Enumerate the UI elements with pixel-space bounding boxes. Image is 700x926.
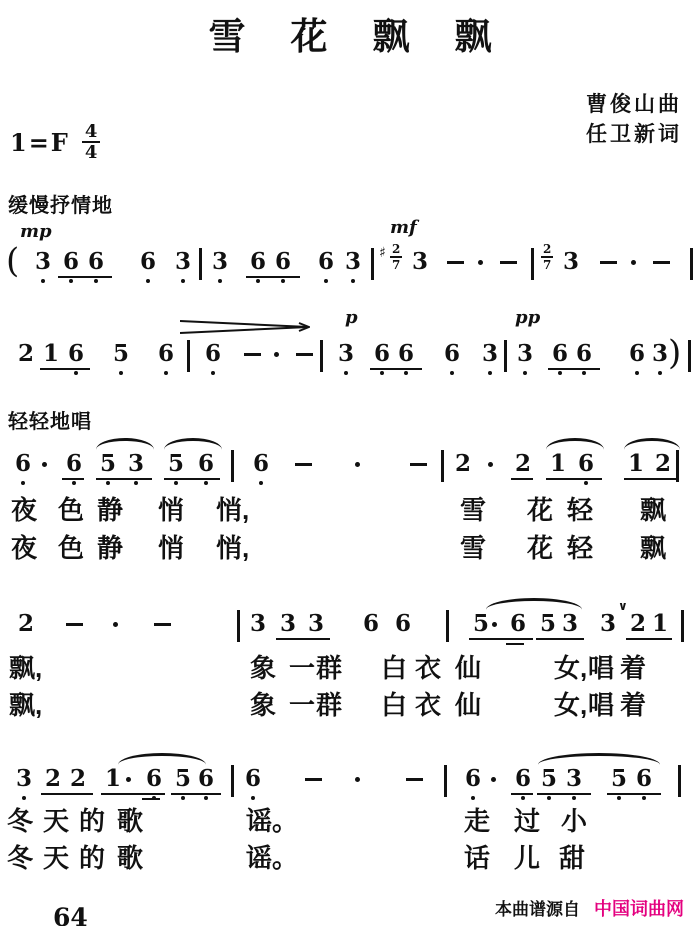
- source-watermark: 本曲谱源自中国词曲网: [495, 895, 684, 921]
- note: 5: [540, 612, 556, 635]
- note: 6: [398, 342, 414, 365]
- note: 5: [473, 612, 489, 635]
- slur-arc: [118, 753, 206, 767]
- low-octave-dot: [69, 279, 73, 283]
- barline: [504, 340, 507, 372]
- beam-line: [469, 638, 533, 640]
- note: 6: [15, 452, 31, 475]
- beam-line: [41, 793, 93, 795]
- note: 6: [395, 612, 411, 635]
- lyric-verse-2: 谣。: [246, 845, 298, 871]
- lyric-verse-2: 衣: [415, 692, 441, 718]
- note: 6: [205, 342, 221, 365]
- barline: [371, 248, 374, 280]
- beam-line-2: [506, 643, 524, 645]
- duration-dash: [295, 463, 312, 466]
- low-octave-dot: [658, 371, 662, 375]
- augmentation-dot: [491, 777, 496, 782]
- note: 3: [250, 612, 266, 635]
- note: 6: [253, 452, 269, 475]
- lyric-verse-1: 色: [58, 497, 84, 523]
- source-site-name: 中国词曲网: [594, 899, 684, 919]
- key-scale: 1=F: [10, 128, 70, 157]
- sharp-icon: ♯: [379, 245, 386, 261]
- low-octave-dot: [523, 371, 527, 375]
- barline: [446, 610, 449, 642]
- note: 2: [45, 767, 61, 790]
- low-octave-dot: [642, 796, 646, 800]
- lyric-verse-1: 天: [43, 808, 69, 834]
- low-octave-dot: [380, 371, 384, 375]
- lyric-verse-1: 歌: [117, 808, 143, 834]
- sheet-music-page: 雪花飘飘 曹俊山曲 任卫新词 1=F 4 4 缓慢抒情地 轻轻地唱 (36663…: [0, 0, 700, 926]
- low-octave-dot: [450, 371, 454, 375]
- beam-line: [626, 638, 672, 640]
- lyric-verse-1: 群: [316, 655, 342, 681]
- lyric-verse-2: 的: [79, 845, 105, 871]
- lyric-verse-1: 女,: [554, 655, 587, 681]
- lyric-verse-1: 仙: [455, 655, 481, 681]
- barline: [531, 248, 534, 280]
- low-octave-dot: [351, 279, 355, 283]
- low-octave-dot: [181, 796, 185, 800]
- note: 6: [318, 250, 334, 273]
- lyric-verse-2: 悄,: [216, 535, 249, 561]
- lyricist-credit: 任卫新词: [586, 120, 682, 150]
- lyric-verse-1: 的: [79, 808, 105, 834]
- tempo-label: 缓慢抒情地: [8, 189, 113, 218]
- note: 3: [280, 612, 296, 635]
- lyric-verse-2: 雪: [460, 535, 486, 561]
- low-octave-dot: [572, 796, 576, 800]
- note: 6: [245, 767, 261, 790]
- dynamic-mark: p: [345, 309, 358, 327]
- note: 3: [16, 767, 32, 790]
- beam-line: [546, 478, 602, 480]
- barline: [676, 450, 679, 482]
- note: 6: [198, 452, 214, 475]
- duration-dash: [600, 261, 617, 264]
- note: 6: [250, 250, 266, 273]
- low-octave-dot: [134, 481, 138, 485]
- note: 6: [66, 452, 82, 475]
- augmentation-dot: [274, 352, 279, 357]
- note: 6: [510, 612, 526, 635]
- lyric-verse-2: 白: [381, 692, 407, 718]
- note: 5: [611, 767, 627, 790]
- lyric-verse-2: 天: [43, 845, 69, 871]
- key-signature: 1=F 4 4: [10, 122, 100, 162]
- beam-line: [96, 478, 152, 480]
- lyric-verse-1: 轻: [567, 497, 593, 523]
- sing-instruction-label: 轻轻地唱: [8, 405, 92, 434]
- decrescendo-hairpin-icon: [180, 320, 310, 339]
- song-title: 雪花飘飘: [0, 6, 700, 60]
- augmentation-dot: [631, 260, 636, 265]
- barline: [320, 340, 323, 372]
- low-octave-dot: [488, 371, 492, 375]
- beam-line: [548, 368, 600, 370]
- lyric-verse-2: 悄: [158, 535, 184, 561]
- composer-credit: 曹俊山曲: [586, 90, 682, 120]
- lyric-verse-1: 悄: [158, 497, 184, 523]
- low-octave-dot: [94, 279, 98, 283]
- barline: [237, 610, 240, 642]
- note: 5: [113, 342, 129, 365]
- lyric-verse-1: 飘,: [9, 655, 42, 681]
- augmentation-dot: [126, 777, 131, 782]
- low-octave-dot: [521, 796, 525, 800]
- barline: [444, 765, 447, 797]
- page-number: 64: [53, 903, 88, 926]
- barline: [688, 340, 691, 372]
- note: 2: [70, 767, 86, 790]
- low-octave-dot: [22, 796, 26, 800]
- duration-dash: [447, 261, 464, 264]
- lyric-verse-1: 着: [620, 655, 646, 681]
- meter-numerator: 4: [82, 122, 101, 143]
- low-octave-dot: [547, 796, 551, 800]
- note: 2: [630, 612, 646, 635]
- low-octave-dot: [324, 279, 328, 283]
- note: 6: [275, 250, 291, 273]
- dynamic-mark: mf: [390, 219, 417, 237]
- note: 6: [578, 452, 594, 475]
- low-octave-dot: [344, 371, 348, 375]
- low-octave-dot: [21, 481, 25, 485]
- lyric-verse-2: 飘: [640, 535, 666, 561]
- lyric-verse-2: 着: [620, 692, 646, 718]
- lyric-verse-1: 唱: [588, 655, 614, 681]
- barline: [199, 248, 202, 280]
- note: 6: [629, 342, 645, 365]
- lyric-verse-2: 象: [250, 692, 276, 718]
- lyric-verse-2: 甜: [559, 845, 585, 871]
- lyric-verse-1: 静: [97, 497, 123, 523]
- grace-note-upper: 2: [541, 243, 553, 258]
- beam-line: [101, 793, 165, 795]
- lyric-verse-2: 话: [464, 845, 490, 871]
- lyric-verse-2: 儿: [514, 845, 540, 871]
- beam-line: [624, 478, 678, 480]
- breath-mark-icon: ∨: [618, 599, 628, 613]
- low-octave-dot: [106, 481, 110, 485]
- beam-line: [370, 368, 422, 370]
- beam-line: [511, 793, 533, 795]
- duration-dash: [406, 778, 423, 781]
- dynamic-mark: mp: [20, 223, 52, 241]
- lyric-verse-2: 花: [527, 535, 553, 561]
- lyric-verse-2: 夜: [11, 535, 37, 561]
- low-octave-dot: [174, 481, 178, 485]
- note: 3: [517, 342, 533, 365]
- grace-notes: 27: [541, 243, 553, 273]
- low-octave-dot: [119, 371, 123, 375]
- note: 6: [363, 612, 379, 635]
- barline: [690, 248, 693, 280]
- barline: [231, 765, 234, 797]
- note: 3: [412, 250, 428, 273]
- note: 3: [345, 250, 361, 273]
- duration-dash: [410, 463, 427, 466]
- parenthesis: (: [6, 244, 19, 278]
- note: 1: [550, 452, 566, 475]
- duration-dash: [154, 623, 171, 626]
- lyric-verse-2: 飘,: [9, 692, 42, 718]
- lyric-verse-1: 走: [464, 808, 490, 834]
- low-octave-dot: [74, 371, 78, 375]
- note: 6: [146, 767, 162, 790]
- beam-line: [537, 793, 591, 795]
- note: 6: [88, 250, 104, 273]
- lyric-verse-2: 女,: [554, 692, 587, 718]
- beam-line: [511, 478, 533, 480]
- lyric-verse-2: 一: [289, 692, 315, 718]
- barline: [681, 610, 684, 642]
- note: 6: [576, 342, 592, 365]
- barline: [231, 450, 234, 482]
- note: 3: [175, 250, 191, 273]
- note: 5: [168, 452, 184, 475]
- lyric-verse-1: 花: [527, 497, 553, 523]
- duration-dash: [305, 778, 322, 781]
- note: 2: [655, 452, 671, 475]
- note: 1: [105, 767, 121, 790]
- note: 6: [374, 342, 390, 365]
- beam-line: [536, 638, 584, 640]
- note: 3: [566, 767, 582, 790]
- note: 5: [175, 767, 191, 790]
- lyric-verse-1: 象: [250, 655, 276, 681]
- credits: 曹俊山曲 任卫新词: [586, 90, 682, 150]
- low-octave-dot: [204, 481, 208, 485]
- note: 6: [140, 250, 156, 273]
- note: 6: [198, 767, 214, 790]
- low-octave-dot: [181, 279, 185, 283]
- lyric-verse-1: 谣。: [246, 808, 298, 834]
- note: 3: [338, 342, 354, 365]
- grace-note-lower: 7: [390, 258, 402, 273]
- low-octave-dot: [281, 279, 285, 283]
- low-octave-dot: [582, 371, 586, 375]
- duration-dash: [296, 353, 313, 356]
- lyric-verse-2: 轻: [567, 535, 593, 561]
- note: 5: [541, 767, 557, 790]
- lyric-verse-1: 一: [289, 655, 315, 681]
- augmentation-dot: [355, 462, 360, 467]
- note: 2: [455, 452, 471, 475]
- note: 6: [444, 342, 460, 365]
- low-octave-dot: [204, 796, 208, 800]
- low-octave-dot: [259, 481, 263, 485]
- barline: [187, 340, 190, 372]
- note: 2: [18, 612, 34, 635]
- note: 1: [43, 342, 59, 365]
- lyric-verse-2: 唱: [588, 692, 614, 718]
- low-octave-dot: [41, 279, 45, 283]
- lyric-verse-1: 白: [381, 655, 407, 681]
- beam-line: [40, 368, 90, 370]
- low-octave-dot: [404, 371, 408, 375]
- low-octave-dot: [256, 279, 260, 283]
- low-octave-dot: [584, 481, 588, 485]
- duration-dash: [66, 623, 83, 626]
- note: 3: [563, 250, 579, 273]
- note: 3: [562, 612, 578, 635]
- parenthesis: ): [668, 336, 681, 370]
- beam-line: [58, 276, 112, 278]
- beam-line: [246, 276, 300, 278]
- grace-note-lower: 7: [541, 258, 553, 273]
- beam-line: [171, 793, 221, 795]
- note: 5: [100, 452, 116, 475]
- low-octave-dot: [146, 279, 150, 283]
- duration-dash: [653, 261, 670, 264]
- augmentation-dot: [478, 260, 483, 265]
- augmentation-dot: [355, 777, 360, 782]
- note: 6: [552, 342, 568, 365]
- note: 3: [308, 612, 324, 635]
- note: 3: [35, 250, 51, 273]
- note: 6: [158, 342, 174, 365]
- barline: [441, 450, 444, 482]
- note: 3: [482, 342, 498, 365]
- augmentation-dot: [488, 462, 493, 467]
- note: 1: [628, 452, 644, 475]
- low-octave-dot: [251, 796, 255, 800]
- lyric-verse-2: 群: [316, 692, 342, 718]
- augmentation-dot: [42, 462, 47, 467]
- meter-denominator: 4: [82, 143, 101, 162]
- note: 3: [600, 612, 616, 635]
- lyric-verse-2: 静: [97, 535, 123, 561]
- augmentation-dot: [492, 622, 497, 627]
- duration-dash: [500, 261, 517, 264]
- note: 6: [63, 250, 79, 273]
- beam-line: [607, 793, 661, 795]
- note: 6: [636, 767, 652, 790]
- note: 1: [652, 612, 668, 635]
- beam-line: [62, 478, 84, 480]
- low-octave-dot: [558, 371, 562, 375]
- lyric-verse-1: 夜: [11, 497, 37, 523]
- note: 3: [128, 452, 144, 475]
- lyric-verse-2: 色: [58, 535, 84, 561]
- low-octave-dot: [635, 371, 639, 375]
- lyric-verse-2: 冬: [7, 845, 33, 871]
- lyric-verse-1: 冬: [7, 808, 33, 834]
- barline: [678, 765, 681, 797]
- grace-notes: 27: [390, 243, 402, 273]
- low-octave-dot: [617, 796, 621, 800]
- low-octave-dot: [471, 796, 475, 800]
- lyric-verse-1: 衣: [415, 655, 441, 681]
- note: 6: [515, 767, 531, 790]
- low-octave-dot: [72, 481, 76, 485]
- note: 6: [68, 342, 84, 365]
- beam-line: [276, 638, 330, 640]
- beam-line: [164, 478, 220, 480]
- note: 6: [465, 767, 481, 790]
- source-prefix: 本曲谱源自: [495, 900, 580, 919]
- augmentation-dot: [113, 622, 118, 627]
- beam-line-2: [142, 798, 160, 800]
- duration-dash: [244, 353, 261, 356]
- note: 2: [18, 342, 34, 365]
- lyric-verse-2: 歌: [117, 845, 143, 871]
- note: 3: [652, 342, 668, 365]
- time-signature: 4 4: [82, 122, 101, 162]
- lyric-verse-1: 雪: [460, 497, 486, 523]
- low-octave-dot: [218, 279, 222, 283]
- lyric-verse-1: 小: [561, 808, 587, 834]
- lyric-verse-1: 悄,: [216, 497, 249, 523]
- low-octave-dot: [164, 371, 168, 375]
- lyric-verse-1: 飘: [640, 497, 666, 523]
- dynamic-mark: pp: [515, 309, 540, 327]
- lyric-verse-2: 仙: [455, 692, 481, 718]
- grace-note-upper: 2: [390, 243, 402, 258]
- lyric-verse-1: 过: [514, 808, 540, 834]
- note: 3: [212, 250, 228, 273]
- note: 2: [515, 452, 531, 475]
- low-octave-dot: [211, 371, 215, 375]
